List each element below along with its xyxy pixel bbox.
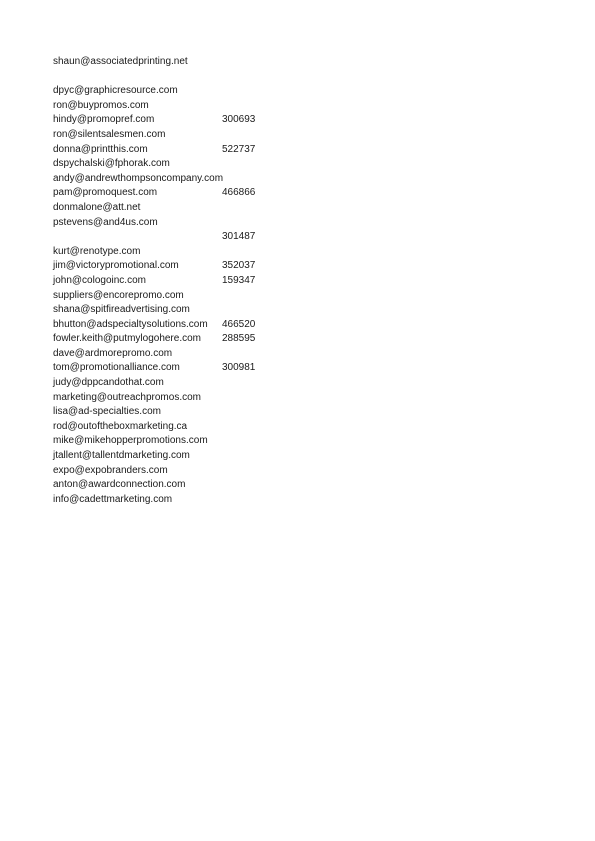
email-cell: suppliers@encorepromo.com: [53, 289, 184, 304]
email-cell: donmalone@att.net: [53, 201, 140, 216]
number-cell: 301487: [222, 230, 255, 245]
email-cell: dpyc@graphicresource.com: [53, 84, 178, 99]
email-cell: kurt@renotype.com: [53, 245, 140, 260]
number-cell: 300981: [222, 361, 255, 376]
number-cell: 159347: [222, 274, 255, 289]
email-cell: dspychalski@fphorak.com: [53, 157, 170, 172]
number-cell: 300693: [222, 113, 255, 128]
email-cell: shaun@associatedprinting.net: [53, 55, 188, 70]
email-cell: fowler.keith@putmylogohere.com: [53, 332, 201, 347]
email-cell: expo@expobranders.com: [53, 464, 168, 479]
email-cell: shana@spitfireadvertising.com: [53, 303, 190, 318]
email-cell: info@cadettmarketing.com: [53, 493, 172, 508]
number-cell: 288595: [222, 332, 255, 347]
email-cell: jtallent@tallentdmarketing.com: [53, 449, 190, 464]
email-cell: john@cologoinc.com: [53, 274, 146, 289]
email-cell: rod@outoftheboxmarketing.ca: [53, 420, 187, 435]
number-cell: 466866: [222, 186, 255, 201]
email-cell: mike@mikehopperpromotions.com: [53, 434, 208, 449]
email-cell: dave@ardmorepromo.com: [53, 347, 172, 362]
email-cell: jim@victorypromotional.com: [53, 259, 179, 274]
email-cell: marketing@outreachpromos.com: [53, 391, 201, 406]
number-cell: 466520: [222, 318, 255, 333]
email-cell: hindy@promopref.com: [53, 113, 154, 128]
number-cell: 522737: [222, 143, 255, 158]
email-cell: pstevens@and4us.com: [53, 216, 158, 231]
email-cell: ron@buypromos.com: [53, 99, 149, 114]
email-cell: bhutton@adspecialtysolutions.com: [53, 318, 208, 333]
email-cell: tom@promotionalliance.com: [53, 361, 180, 376]
email-cell: andy@andrewthompsoncompany.com: [53, 172, 223, 187]
email-cell: lisa@ad-specialties.com: [53, 405, 161, 420]
number-cell: 352037: [222, 259, 255, 274]
email-cell: anton@awardconnection.com: [53, 478, 185, 493]
email-cell: judy@dppcandothat.com: [53, 376, 164, 391]
email-cell: ron@silentsalesmen.com: [53, 128, 165, 143]
email-cell: donna@printthis.com: [53, 143, 148, 158]
email-cell: pam@promoquest.com: [53, 186, 157, 201]
